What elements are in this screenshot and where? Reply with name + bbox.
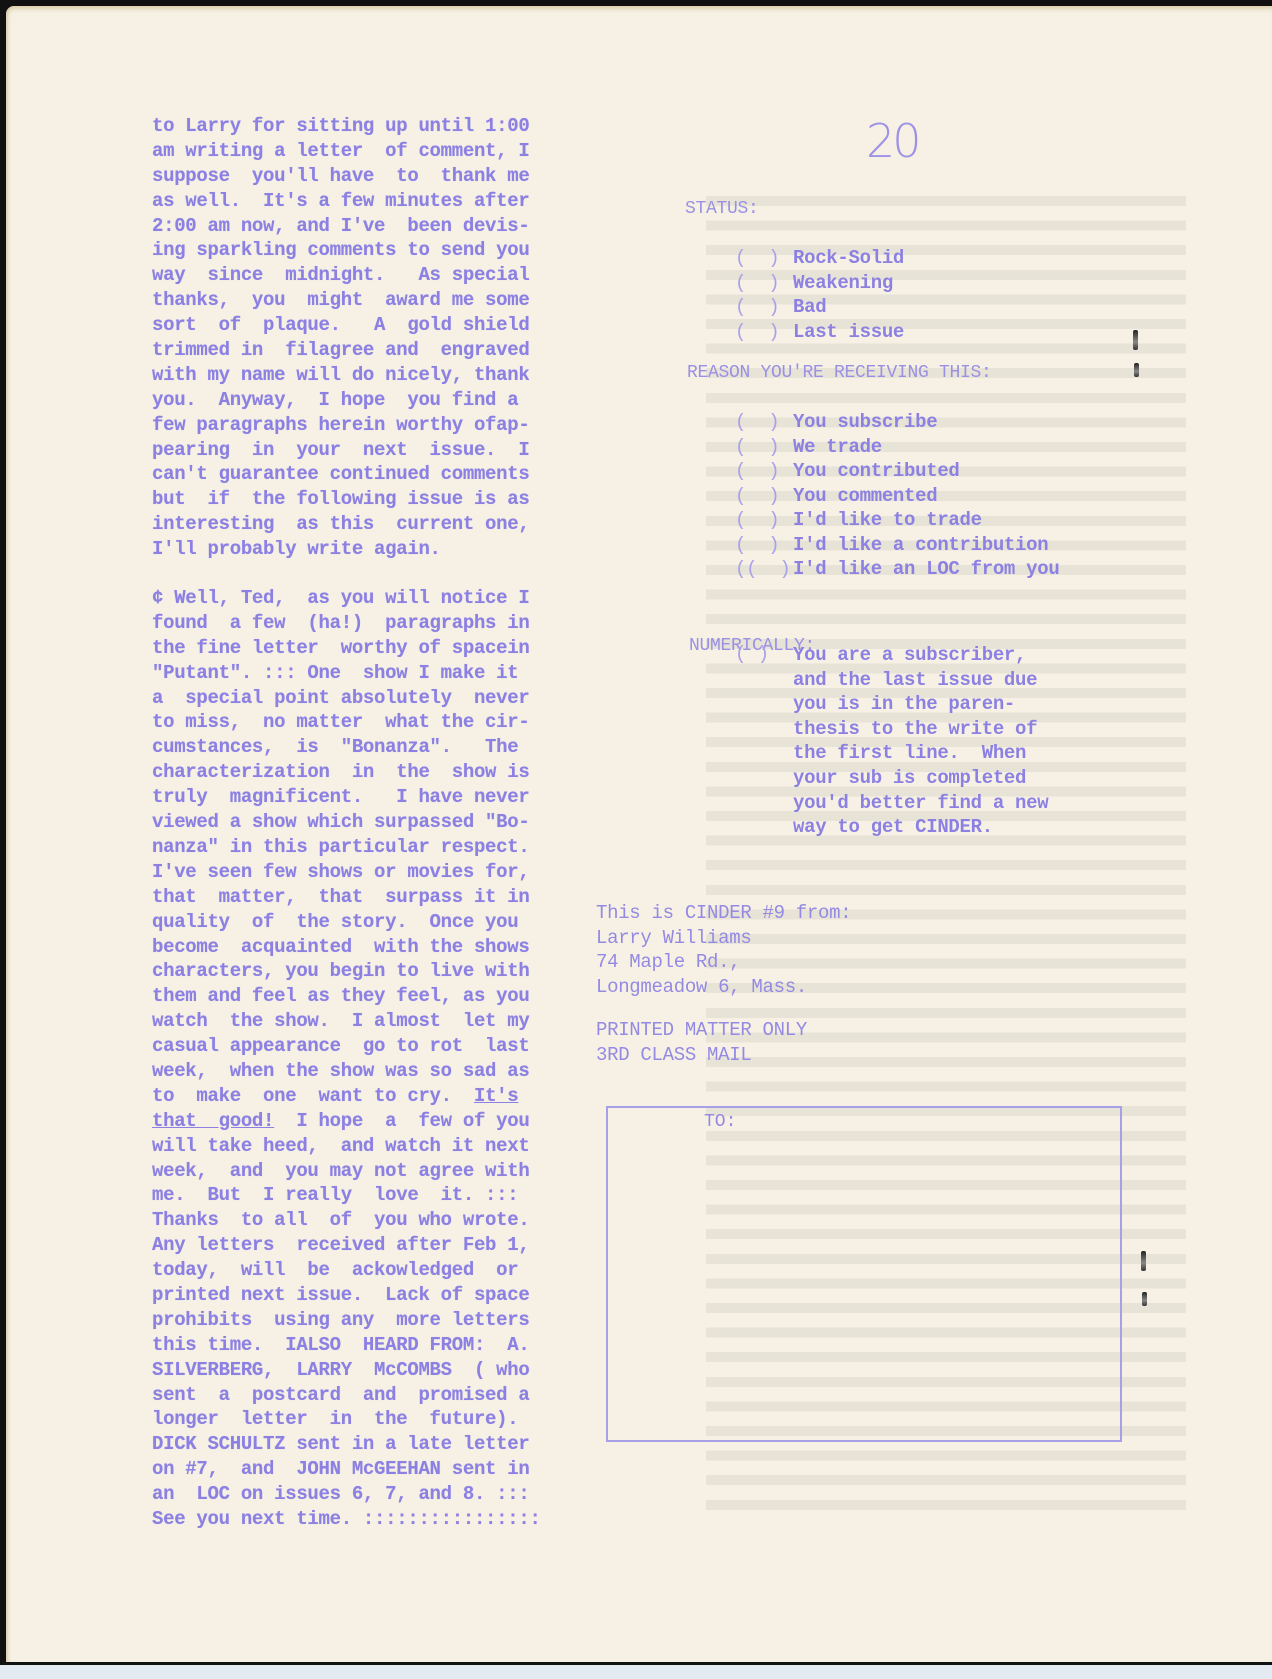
status-option[interactable]: ( )Rock-Solid [735,246,904,271]
text-line: this time. IALSO HEARD FROM: A. [152,1333,592,1358]
text-line: am writing a letter of comment, I [152,139,592,164]
address-line: This is CINDER #9 from: [596,901,851,926]
checkbox[interactable]: (( ) [735,557,793,582]
reason-option[interactable]: ( )You contributed [735,459,1059,484]
mail-class: PRINTED MATTER ONLY3RD CLASS MAIL [596,1018,807,1067]
text-line: thanks, you might award me some [152,288,592,313]
text-line: them and feel as they feel, as you [152,984,592,1009]
text-line: a special point absolutely never [152,686,592,711]
status-option[interactable]: ( )Bad [735,295,904,320]
scan-edge [0,1665,1272,1679]
numerically-line: your sub is completed [793,766,1048,791]
numerically-line: You are a subscriber, [793,643,1048,668]
text-line: Thanks to all of you who wrote. [152,1208,592,1233]
reason-option[interactable]: ( )I'd like a contribution [735,533,1059,558]
status-checklist: ( )Rock-Solid( )Weakening( )Bad( )Last i… [735,246,904,344]
text-line: DICK SCHULTZ sent in a late letter [152,1432,592,1457]
status-option[interactable]: ( )Last issue [735,320,904,345]
text-line: but if the following issue is as [152,487,592,512]
text-line: sort of plaque. A gold shield [152,313,592,338]
text-line: pearing in your next issue. I [152,438,592,463]
text-line: viewed a show which surpassed "Bo- [152,810,592,835]
option-label: We trade [793,435,882,460]
numerically-line: way to get CINDER. [793,815,1048,840]
text-line: today, will be ackowledged or [152,1258,592,1283]
checkbox[interactable]: ( ) [735,484,793,509]
text-line: week, and you may not agree with [152,1159,592,1184]
text-line: I've seen few shows or movies for, [152,860,592,885]
address-line: Longmeadow 6, Mass. [596,975,851,1000]
text-line: "Putant". ::: One show I make it [152,661,592,686]
staple-mark [1133,330,1138,350]
checkbox[interactable]: ( ) [735,295,793,320]
checkbox[interactable]: ( ) [735,508,793,533]
underlined-text: that good! [152,1110,274,1132]
text-line: an LOC on issues 6, 7, and 8. ::: [152,1482,592,1507]
option-label: I'd like to trade [793,508,982,533]
status-heading: STATUS: [685,199,759,219]
mail-class-line: PRINTED MATTER ONLY [596,1018,807,1043]
text-line: 2:00 am now, and I've been devis- [152,214,592,239]
page-number: 20 [866,114,919,168]
address-line: 74 Maple Rd., [596,950,851,975]
mail-class-line: 3RD CLASS MAIL [596,1043,807,1068]
option-label: Weakening [793,271,893,296]
text-line: nanza" in this particular respect. [152,835,592,860]
numerically-line: you is in the paren- [793,692,1048,717]
reason-option[interactable]: (( )I'd like an LOC from you [735,557,1059,582]
numerically-text: You are a subscriber,and the last issue … [793,643,1048,840]
numerically-line: you'd better find a new [793,791,1048,816]
text-line: ¢ Well, Ted, as you will notice I [152,586,592,611]
text-line: become acquainted with the shows [152,935,592,960]
option-label: I'd like a contribution [793,533,1048,558]
text-line: the fine letter worthy of spacein [152,636,592,661]
checkbox[interactable]: ( ) [735,271,793,296]
text-line: SILVERBERG, LARRY McCOMBS ( who [152,1358,592,1383]
text-line: interesting as this current one, [152,512,592,537]
text-line: longer letter in the future). [152,1407,592,1432]
checkbox[interactable]: ( ) [735,410,793,435]
text-line: found a few (ha!) paragraphs in [152,611,592,636]
address-box: TO: [606,1106,1122,1442]
text-line: to miss, no matter what the cir- [152,710,592,735]
checkbox[interactable]: ( ) [735,246,793,271]
text-line: printed next issue. Lack of space [152,1283,592,1308]
text-line: me. But I really love it. ::: [152,1183,592,1208]
text-line: few paragraphs herein worthy ofap- [152,413,592,438]
checkbox[interactable]: ( ) [735,320,793,345]
option-label: Rock-Solid [793,246,904,271]
numerically-line: the first line. When [793,741,1048,766]
numerically-checkbox[interactable]: ( ) [735,643,769,665]
text-line: with my name will do nicely, thank [152,363,592,388]
text-line: that matter, that surpass it in [152,885,592,910]
text-line: trimmed in filagree and engraved [152,338,592,363]
reason-option[interactable]: ( )I'd like to trade [735,508,1059,533]
text-line: suppose you'll have to thank me [152,164,592,189]
text-line: that good! I hope a few of you [152,1109,592,1134]
fanzine-page: to Larry for sitting up until 1:00am wri… [6,6,1272,1662]
text-line: See you next time. :::::::::::::::: [152,1507,592,1532]
text-line: to make one want to cry. It's [152,1084,592,1109]
letter-column: to Larry for sitting up until 1:00am wri… [152,114,592,1532]
return-address: This is CINDER #9 from:Larry Williams74 … [596,901,851,999]
option-label: You contributed [793,459,960,484]
paragraph-gap [152,562,592,586]
text-line: you. Anyway, I hope you find a [152,388,592,413]
address-line: Larry Williams [596,926,851,951]
underlined-text: It's [474,1085,518,1107]
to-label: TO: [704,1112,736,1132]
staple-mark [1142,1292,1147,1306]
staple-mark [1134,363,1139,377]
reason-option[interactable]: ( )You commented [735,484,1059,509]
option-label: Last issue [793,320,904,345]
text-line: to Larry for sitting up until 1:00 [152,114,592,139]
text-line: week, when the show was so sad as [152,1059,592,1084]
checkbox[interactable]: ( ) [735,533,793,558]
reason-heading: REASON YOU'RE RECEIVING THIS: [687,363,992,383]
staple-mark [1141,1251,1146,1271]
numerically-line: and the last issue due [793,668,1048,693]
text-line: characterization in the show is [152,760,592,785]
text-line: sent a postcard and promised a [152,1383,592,1408]
status-option[interactable]: ( )Weakening [735,271,904,296]
text-line: watch the show. I almost let my [152,1009,592,1034]
text-line: on #7, and JOHN McGEEHAN sent in [152,1457,592,1482]
checkbox[interactable]: ( ) [735,435,793,460]
checkbox[interactable]: ( ) [735,459,793,484]
text-line: Any letters received after Feb 1, [152,1233,592,1258]
text-line: casual appearance go to rot last [152,1034,592,1059]
text-line: can't guarantee continued comments [152,462,592,487]
text-line: as well. It's a few minutes after [152,189,592,214]
text-line: truly magnificent. I have never [152,785,592,810]
reason-option[interactable]: ( )You subscribe [735,410,1059,435]
text-line: way since midnight. As special [152,263,592,288]
reason-option[interactable]: ( )We trade [735,435,1059,460]
text-line: will take heed, and watch it next [152,1134,592,1159]
option-label: I'd like an LOC from you [793,557,1059,582]
option-label: Bad [793,295,826,320]
text-line: cumstances, is "Bonanza". The [152,735,592,760]
text-line: ing sparkling comments to send you [152,238,592,263]
text-line: prohibits using any more letters [152,1308,592,1333]
reason-checklist: ( )You subscribe( )We trade( )You contri… [735,410,1059,582]
text-line: quality of the story. Once you [152,910,592,935]
option-label: You subscribe [793,410,937,435]
text-line: characters, you begin to live with [152,959,592,984]
option-label: You commented [793,484,937,509]
numerically-line: thesis to the write of [793,717,1048,742]
text-line: I'll probably write again. [152,537,592,562]
